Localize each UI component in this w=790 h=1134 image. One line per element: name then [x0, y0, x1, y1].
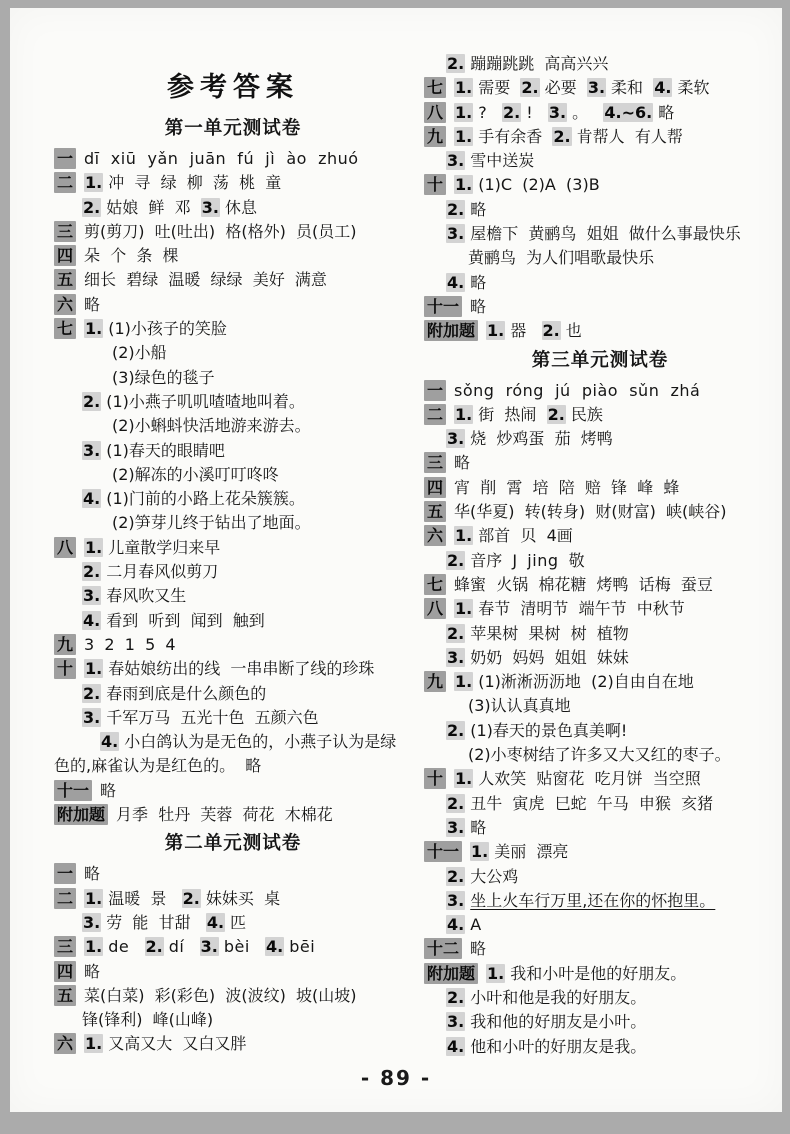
item-number: 3. [200, 937, 219, 956]
answer-text: 春节 清明节 端午节 中秋节 [478, 599, 685, 618]
answer-text: 烧 炒鸡蛋 茄 烤鸭 [470, 429, 613, 448]
section-marker: 十一 [424, 296, 462, 317]
answer-line: 色的,麻雀认为是红色的。 略 [54, 754, 412, 778]
item-number: 1. [470, 842, 489, 861]
item-number: 4. [446, 1037, 465, 1056]
item-number: 1. [84, 538, 103, 557]
section-marker: 附加题 [424, 963, 478, 984]
answer-text: 略 [470, 273, 486, 292]
answer-line: 2.(1)小燕子叽叽喳喳地叫着。 [54, 390, 412, 414]
item-number: 2. [82, 198, 101, 217]
answer-line: 六1.部首 贝 4画 [424, 524, 776, 548]
answer-text: (1)小燕子叽叽喳喳地叫着。 [106, 392, 305, 411]
answer-text: 黄鹂鸟 为人们唱歌最快乐 [468, 248, 654, 267]
item-number: 2. [542, 321, 561, 340]
answer-line: (2)解冻的小溪叮叮咚咚 [54, 463, 412, 487]
answer-text: 手有余香 [478, 127, 552, 146]
item-number: 1. [454, 599, 473, 618]
unit-title: 第二单元测试卷 [54, 831, 412, 857]
answer-line: 2.略 [424, 198, 776, 222]
answer-line: 三略 [424, 451, 776, 475]
answer-text: 。 [572, 103, 603, 122]
answer-text: 街 热闹 [478, 405, 546, 424]
item-number: 2. [446, 794, 465, 813]
answer-text: 匹 [230, 913, 246, 932]
answer-text: 细长 碧绿 温暖 绿绿 美好 满意 [84, 270, 327, 289]
answer-line: 3.奶奶 妈妈 姐姐 妹妹 [424, 646, 776, 670]
item-number: 1. [84, 889, 103, 908]
item-number: 4.~6. [603, 103, 653, 122]
item-number: 3. [446, 891, 465, 910]
item-number: 2. [145, 937, 164, 956]
section-marker: 五 [54, 985, 76, 1006]
answer-text: 二月春风似剪刀 [106, 562, 218, 581]
answer-line: 4.A [424, 913, 776, 937]
answer-line: 八1.春节 清明节 端午节 中秋节 [424, 597, 776, 621]
answer-line: 3.屋檐下 黄鹂鸟 姐姐 做什么事最快乐 [424, 222, 776, 246]
answer-text: 敬 [558, 551, 584, 570]
item-number: 2. [502, 103, 521, 122]
item-number: 4. [82, 611, 101, 630]
item-number: 1. [486, 964, 505, 983]
answer-text: 华(华夏) 转(转身) 财(财富) 峡(峡谷) [454, 502, 726, 521]
section-marker: 六 [54, 1033, 76, 1054]
answer-line: (3)绿色的毯子 [54, 366, 412, 390]
page-title: 参考答案 [54, 70, 412, 106]
item-number: 4. [446, 915, 465, 934]
answer-text: 柔软 [677, 78, 709, 97]
answer-text: 雪中送炭 [470, 151, 534, 170]
answer-text: (1)小孩子的笑脸 [108, 319, 227, 338]
answer-line: (2)笋芽儿终于钻出了地面。 [54, 511, 412, 535]
answer-text: 剪(剪刀) 吐(吐出) 格(格外) 员(员工) [84, 222, 356, 241]
item-number: 2. [446, 988, 465, 1007]
item-number: 1. [454, 405, 473, 424]
section-marker: 附加题 [54, 804, 108, 825]
answer-line: 三剪(剪刀) 吐(吐出) 格(格外) 员(员工) [54, 220, 412, 244]
answer-text: 略 [470, 200, 486, 219]
answer-line: 4.他和小叶的好朋友是我。 [424, 1035, 776, 1059]
section-marker: 四 [54, 961, 76, 982]
item-number: 1. [454, 175, 473, 194]
answer-line: 附加题1.我和小叶是他的好朋友。 [424, 962, 776, 986]
answer-line: 九1.手有余香 2.肯帮人 有人帮 [424, 125, 776, 149]
section-marker: 八 [424, 102, 446, 123]
section-marker: 七 [54, 318, 76, 339]
item-number: 2. [446, 721, 465, 740]
underlined-answer: 坐上火车行万里,还在你的怀抱里。 [470, 891, 715, 910]
answer-line: 八1.? 2.! 3.。 4.~6.略 [424, 101, 776, 125]
pinyin-text: jing [527, 551, 558, 570]
answer-text: 苹果树 果树 树 植物 [470, 624, 629, 643]
answer-line: 3.烧 炒鸡蛋 茄 烤鸭 [424, 427, 776, 451]
answer-text: 丑牛 寅虎 巳蛇 午马 申猴 亥猪 [470, 794, 713, 813]
section-marker: 十 [424, 174, 446, 195]
answer-line: 2.二月春风似剪刀 [54, 560, 412, 584]
answer-text: 屋檐下 黄鹂鸟 姐姐 做什么事最快乐 [470, 224, 741, 243]
answer-text: 略 [470, 297, 486, 316]
answer-line: 黄鹂鸟 为人们唱歌最快乐 [424, 246, 776, 270]
answer-text: (3)绿色的毯子 [112, 368, 215, 387]
right-column: 2.蹦蹦跳跳 高高兴兴七1.需要 2.必要 3.柔和 4.柔软八1.? 2.! … [424, 52, 776, 1059]
answer-text: 略 [100, 781, 116, 800]
left-column: 参考答案第一单元测试卷一dī xiū yǎn juān fú jì ào zhu… [54, 56, 412, 1057]
item-number: 2. [82, 684, 101, 703]
item-number: 1. [84, 659, 103, 678]
answer-text: 需要 [478, 78, 520, 97]
item-number: 2. [446, 54, 465, 73]
item-number: 1. [454, 769, 473, 788]
item-number: 1. [454, 78, 473, 97]
answer-line: 三1.de 2.dí 3.bèi 4.bēi [54, 935, 412, 959]
pinyin-text: sǒng róng jú piào sǔn zhá [454, 381, 700, 400]
answer-line: 四略 [54, 960, 412, 984]
answer-text: 儿童散学归来早 [108, 538, 220, 557]
answer-line: 2.(1)春天的景色真美啊! [424, 719, 776, 743]
pinyin-text: dí [169, 937, 185, 956]
answer-text: 姑娘 鲜 邓 [106, 198, 201, 217]
section-marker: 九 [54, 634, 76, 655]
section-marker: 八 [424, 598, 446, 619]
answer-line: 九1.(1)淅淅沥沥地 (2)自由自在地 [424, 670, 776, 694]
answer-line: 2.蹦蹦跳跳 高高兴兴 [424, 52, 776, 76]
answer-text: (2)笋芽儿终于钻出了地面。 [112, 513, 311, 532]
answer-line: (3)认认真真地 [424, 694, 776, 718]
answer-line: 2.丑牛 寅虎 巳蛇 午马 申猴 亥猪 [424, 792, 776, 816]
answer-text: A [470, 915, 481, 934]
section-marker: 三 [54, 936, 76, 957]
answer-text: 小白鸽认为是无色的，小燕子认为是绿 [124, 732, 396, 751]
answer-text: 蹦蹦跳跳 高高兴兴 [470, 54, 608, 73]
answer-line: 2.苹果树 果树 树 植物 [424, 622, 776, 646]
section-marker: 二 [54, 172, 76, 193]
answer-line: (2)小船 [54, 341, 412, 365]
answer-line: 六略 [54, 293, 412, 317]
answer-line: 3.雪中送炭 [424, 149, 776, 173]
answer-text: 千军万马 五光十色 五颜六色 [106, 708, 318, 727]
answer-line: 锋(锋利) 峰(山峰) [54, 1008, 412, 1032]
section-marker: 五 [424, 501, 446, 522]
section-marker: 六 [54, 294, 76, 315]
pinyin-text: bèi [224, 937, 250, 956]
pinyin-text: de [108, 937, 129, 956]
item-number: 1. [486, 321, 505, 340]
answer-line: 十1.春姑娘纺出的线 一串串断了线的珍珠 [54, 657, 412, 681]
item-number: 1. [454, 672, 473, 691]
answer-text: 略 [470, 818, 486, 837]
answer-text: 妹妹买 桌 [206, 889, 280, 908]
answer-text: (1)淅淅沥沥地 (2)自由自在地 [478, 672, 694, 691]
answer-line: 2.音序 J jing 敬 [424, 549, 776, 573]
answer-text: 菜(白菜) 彩(彩色) 波(波纹) 坡(山坡) [84, 986, 356, 1005]
answer-text: ! [526, 103, 548, 122]
answer-text: 又高又大 又白又胖 [108, 1034, 246, 1053]
answer-text: 锋(锋利) 峰(山峰) [82, 1010, 213, 1029]
answer-text: 略 [454, 453, 470, 472]
answer-line: 六1.又高又大 又白又胖 [54, 1032, 412, 1056]
item-number: 2. [446, 551, 465, 570]
item-number: 2. [552, 127, 571, 146]
answer-text: 春风吹又生 [106, 586, 186, 605]
item-number: 1. [84, 319, 103, 338]
item-number: 1. [84, 1034, 103, 1053]
answer-text: 色的,麻雀认为是红色的。 略 [54, 756, 261, 775]
item-number: 1. [454, 526, 473, 545]
answer-line: 十1.人欢笑 贴窗花 吃月饼 当空照 [424, 767, 776, 791]
item-number: 4. [82, 489, 101, 508]
answer-text: 月季 牡丹 芙蓉 荷花 木棉花 [116, 805, 333, 824]
answer-text: 必要 [545, 78, 587, 97]
section-marker: 八 [54, 537, 76, 558]
answer-line: 3.我和他的好朋友是小叶。 [424, 1010, 776, 1034]
answer-text: 略 [84, 962, 100, 981]
item-number: 3. [446, 1012, 465, 1031]
answer-line: 4.(1)门前的小路上花朵簇簇。 [54, 487, 412, 511]
answer-text: 劳 能 甘甜 [106, 913, 206, 932]
section-marker: 一 [54, 863, 76, 884]
answer-line: 二1.街 热闹 2.民族 [424, 403, 776, 427]
item-number: 4. [446, 273, 465, 292]
item-number: 4. [653, 78, 672, 97]
answer-text: 略 [470, 939, 486, 958]
answer-line: 十一1.美丽 漂亮 [424, 840, 776, 864]
item-number: 2. [547, 405, 566, 424]
answer-line: 七1.需要 2.必要 3.柔和 4.柔软 [424, 76, 776, 100]
section-marker: 六 [424, 525, 446, 546]
section-marker: 附加题 [424, 320, 478, 341]
section-marker: 二 [424, 404, 446, 425]
section-marker: 七 [424, 574, 446, 595]
answer-text: (3)认认真真地 [468, 696, 571, 715]
answer-line: 十一略 [424, 295, 776, 319]
item-number: 3. [446, 151, 465, 170]
answer-line: 附加题月季 牡丹 芙蓉 荷花 木棉花 [54, 803, 412, 827]
answer-text: (1)春天的景色真美啊! [470, 721, 627, 740]
answer-text: 略 [658, 103, 674, 122]
section-marker: 一 [424, 380, 446, 401]
item-number: 3. [587, 78, 606, 97]
answer-line: 2.春雨到底是什么颜色的 [54, 682, 412, 706]
section-marker: 四 [424, 477, 446, 498]
answer-line: 二1.冲 寻 绿 柳 荡 桃 童 [54, 171, 412, 195]
pinyin-text: dī xiū yǎn juān fú jì ào zhuó [84, 149, 359, 168]
answer-line: 附加题1.器 2.也 [424, 319, 776, 343]
answer-line: 四朵 个 条 棵 [54, 244, 412, 268]
answer-text: (1)门前的小路上花朵簇簇。 [106, 489, 305, 508]
unit-title: 第一单元测试卷 [54, 116, 412, 142]
answer-text: 略 [84, 864, 100, 883]
item-number: 3. [82, 708, 101, 727]
answer-text: 民族 [571, 405, 603, 424]
answer-line: 一略 [54, 862, 412, 886]
answer-line: 4.看到 听到 闻到 触到 [54, 609, 412, 633]
answer-line: 3.(1)春天的眼睛吧 [54, 439, 412, 463]
answer-line: 一sǒng róng jú piào sǔn zhá [424, 379, 776, 403]
answer-text: 人欢笑 贴窗花 吃月饼 当空照 [478, 769, 701, 788]
answer-line: 3.坐上火车行万里,还在你的怀抱里。 [424, 889, 776, 913]
answer-line: 3.劳 能 甘甜 4.匹 [54, 911, 412, 935]
answer-text: 春雨到底是什么颜色的 [106, 684, 266, 703]
answer-text [129, 937, 144, 956]
answer-line: 八1.儿童散学归来早 [54, 536, 412, 560]
answer-text: 奶奶 妈妈 姐姐 妹妹 [470, 648, 629, 667]
pinyin-text: bēi [289, 937, 315, 956]
answer-text: 部首 贝 4画 [478, 526, 573, 545]
item-number: 1. [454, 127, 473, 146]
item-number: 3. [446, 224, 465, 243]
item-number: 3. [201, 198, 220, 217]
answer-line: 五细长 碧绿 温暖 绿绿 美好 满意 [54, 268, 412, 292]
item-number: 3. [446, 429, 465, 448]
answer-line: 七1.(1)小孩子的笑脸 [54, 317, 412, 341]
answer-text: 3 2 1 5 4 [84, 635, 176, 654]
answer-text: 大公鸡 [470, 867, 518, 886]
answer-text: 温暖 景 [108, 889, 181, 908]
section-marker: 十 [424, 768, 446, 789]
item-number: 2. [182, 889, 201, 908]
item-number: 4. [265, 937, 284, 956]
answer-line: 2.姑娘 鲜 邓 3.休息 [54, 196, 412, 220]
answer-text: 我和他的好朋友是小叶。 [470, 1012, 646, 1031]
item-number: 3. [446, 818, 465, 837]
answer-text: (1)春天的眼睛吧 [106, 441, 225, 460]
section-marker: 十二 [424, 938, 462, 959]
answer-text: 冲 寻 绿 柳 荡 桃 童 [108, 173, 281, 192]
answer-line: 十1.(1)C (2)A (3)B [424, 173, 776, 197]
answer-line: 3.春风吹又生 [54, 584, 412, 608]
section-marker: 七 [424, 77, 446, 98]
answer-text: 略 [84, 295, 100, 314]
item-number: 2. [446, 624, 465, 643]
item-number: 3. [446, 648, 465, 667]
answer-text: 器 [510, 321, 541, 340]
item-number: 1. [454, 103, 473, 122]
section-marker: 十 [54, 658, 76, 679]
answer-line: 4.略 [424, 271, 776, 295]
answer-text: (2)解冻的小溪叮叮咚咚 [112, 465, 279, 484]
answer-text: 朵 个 条 棵 [84, 246, 179, 265]
item-number: 4. [206, 913, 225, 932]
item-number: 2. [446, 200, 465, 219]
answer-line: 2.大公鸡 [424, 865, 776, 889]
answer-line: (2)小枣树结了许多又大又红的枣子。 [424, 743, 776, 767]
page-sheet: 参考答案第一单元测试卷一dī xiū yǎn juān fú jì ào zhu… [10, 8, 782, 1112]
section-marker: 九 [424, 671, 446, 692]
answer-text: 柔和 [611, 78, 653, 97]
section-marker: 三 [54, 221, 76, 242]
item-number: 3. [548, 103, 567, 122]
answer-line: 3.千军万马 五光十色 五颜六色 [54, 706, 412, 730]
answer-line: 五华(华夏) 转(转身) 财(财富) 峡(峡谷) [424, 500, 776, 524]
section-marker: 二 [54, 888, 76, 909]
answer-text: 肯帮人 有人帮 [577, 127, 683, 146]
scanned-page-background: { "page": { "footer": "- 89 -" }, "colum… [0, 0, 790, 1134]
answer-text: 音序 J [470, 551, 527, 570]
answer-text: 美丽 漂亮 [494, 842, 568, 861]
answer-line: 七蜂蜜 火锅 棉花糖 烤鸭 话梅 蚕豆 [424, 573, 776, 597]
answer-text: 休息 [225, 198, 257, 217]
answer-line: 3.略 [424, 816, 776, 840]
unit-title: 第三单元测试卷 [424, 348, 776, 374]
answer-line: 五菜(白菜) 彩(彩色) 波(波纹) 坡(山坡) [54, 984, 412, 1008]
answer-line: 九3 2 1 5 4 [54, 633, 412, 657]
section-marker: 十一 [54, 780, 92, 801]
item-number: 3. [82, 441, 101, 460]
answer-text: 看到 听到 闻到 触到 [106, 611, 265, 630]
answer-text: 蜂蜜 火锅 棉花糖 烤鸭 话梅 蚕豆 [454, 575, 713, 594]
item-number: 2. [82, 392, 101, 411]
answer-line: (2)小蝌蚪快活地游来游去。 [54, 414, 412, 438]
item-number: 2. [520, 78, 539, 97]
answer-text: (1)C (2)A (3)B [478, 175, 599, 194]
answer-text: 春姑娘纺出的线 一串串断了线的珍珠 [108, 659, 374, 678]
answer-text: ? [478, 103, 502, 122]
answer-text: 我和小叶是他的好朋友。 [510, 964, 686, 983]
answer-line: 四宵 削 霄 培 陪 赔 锋 峰 蜂 [424, 476, 776, 500]
section-marker: 十一 [424, 841, 462, 862]
item-number: 1. [84, 937, 103, 956]
answer-line: 4.小白鸽认为是无色的，小燕子认为是绿 [54, 730, 412, 754]
answer-text: (2)小蝌蚪快活地游来游去。 [112, 416, 311, 435]
item-number: 3. [82, 913, 101, 932]
answer-text: (2)小枣树结了许多又大又红的枣子。 [468, 745, 731, 764]
item-number: 2. [446, 867, 465, 886]
answer-text: (2)小船 [112, 343, 167, 362]
answer-line: 十二略 [424, 937, 776, 961]
section-marker: 五 [54, 269, 76, 290]
answer-text [184, 937, 199, 956]
answer-line: 2.小叶和他是我的好朋友。 [424, 986, 776, 1010]
item-number: 3. [82, 586, 101, 605]
page-number: - 89 - [10, 1066, 782, 1090]
section-marker: 四 [54, 245, 76, 266]
item-number: 2. [82, 562, 101, 581]
section-marker: 一 [54, 148, 76, 169]
answer-text: 小叶和他是我的好朋友。 [470, 988, 646, 1007]
answer-text: 他和小叶的好朋友是我。 [470, 1037, 646, 1056]
item-number: 4. [100, 732, 119, 751]
answer-text: 宵 削 霄 培 陪 赔 锋 峰 蜂 [454, 478, 679, 497]
answer-text: 也 [566, 321, 582, 340]
item-number: 1. [84, 173, 103, 192]
answer-line: 十一略 [54, 779, 412, 803]
answer-line: 一dī xiū yǎn juān fú jì ào zhuó [54, 147, 412, 171]
section-marker: 三 [424, 452, 446, 473]
section-marker: 九 [424, 126, 446, 147]
answer-line: 二1.温暖 景 2.妹妹买 桌 [54, 887, 412, 911]
answer-text [250, 937, 265, 956]
